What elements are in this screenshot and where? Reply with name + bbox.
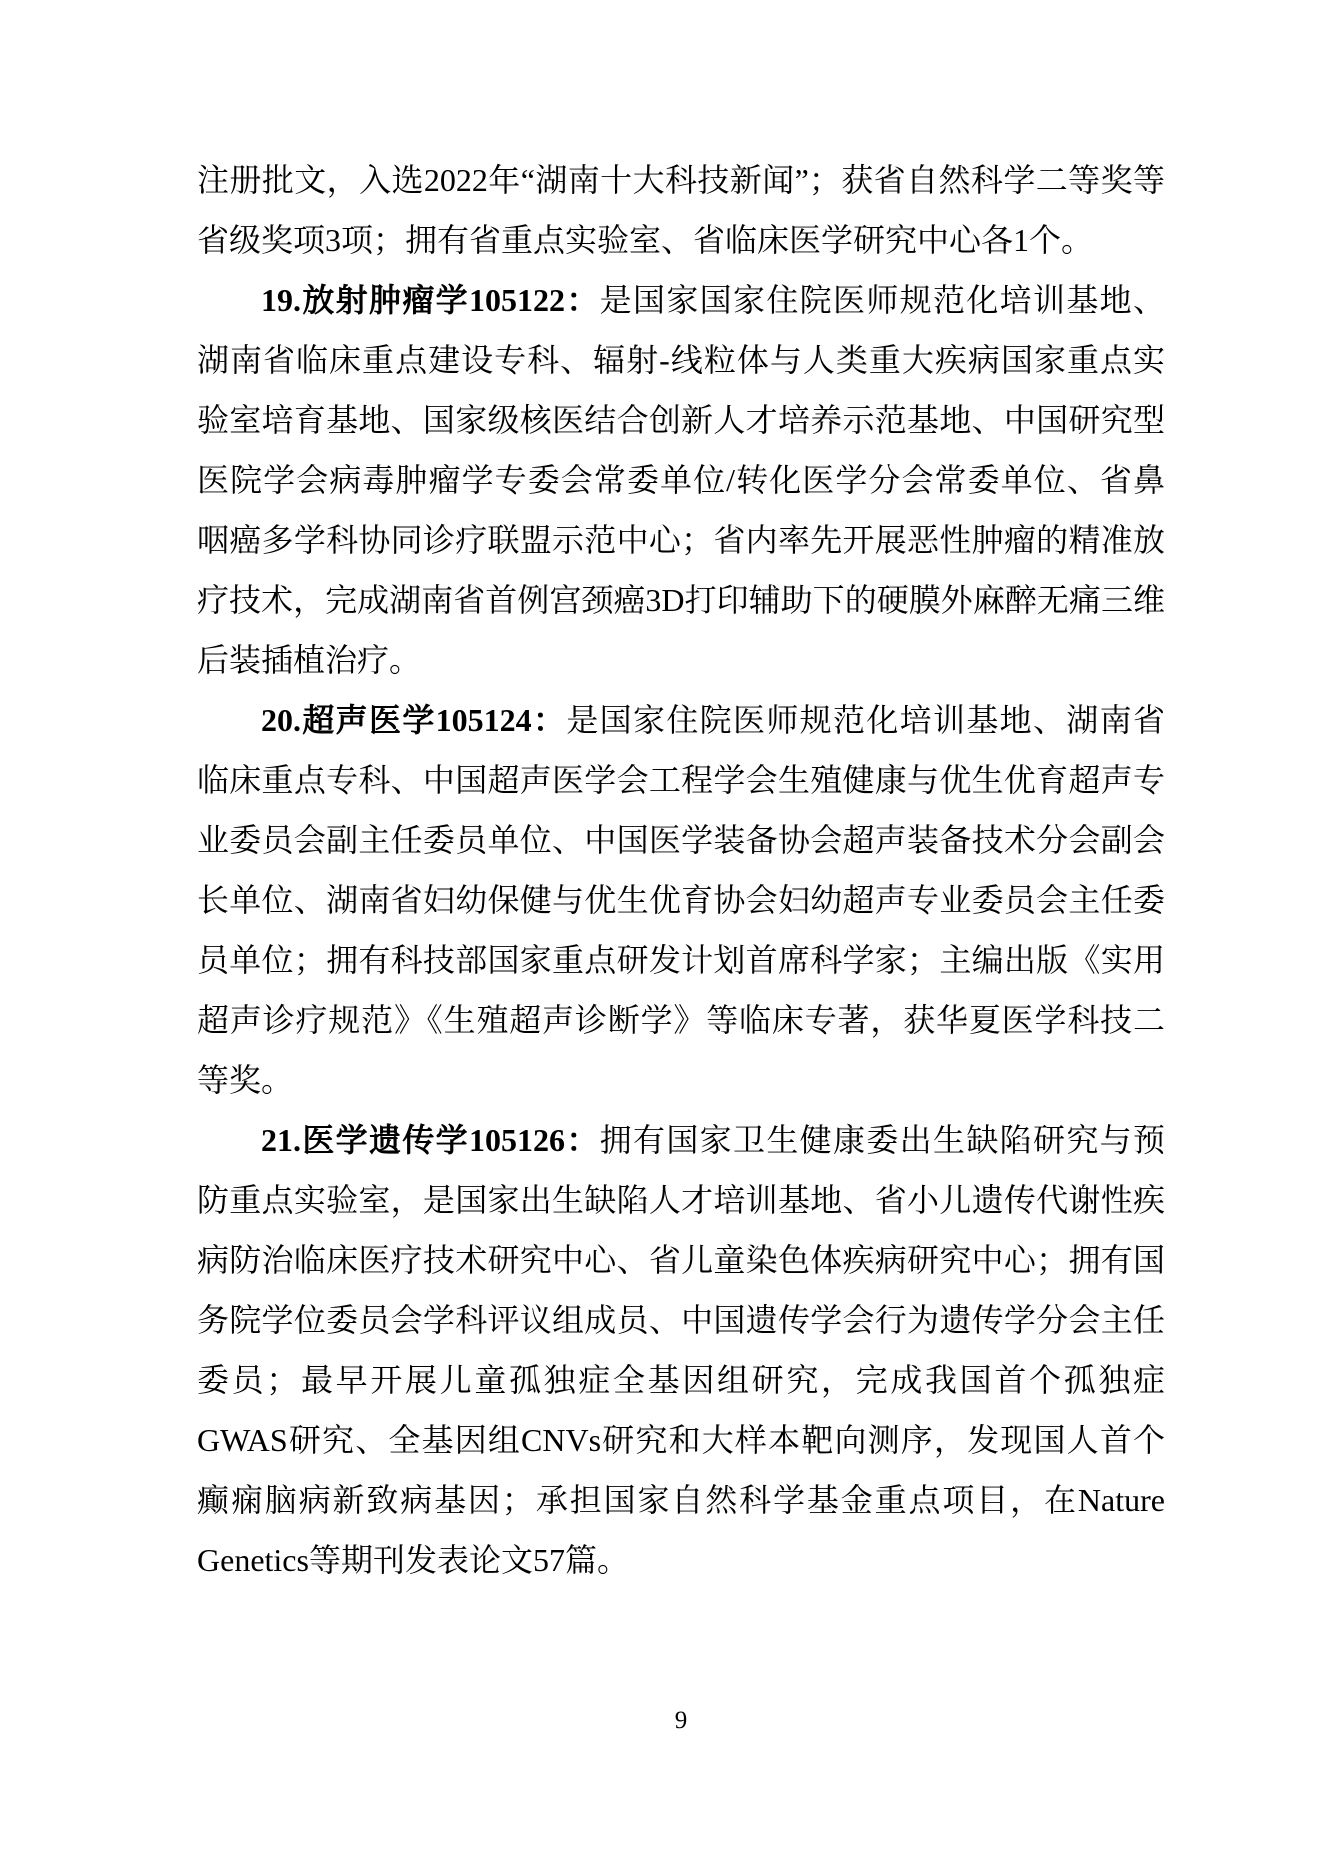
- document-page: 注册批文，入选2022年“湖南十大科技新闻”；获省自然科学二等奖等省级奖项3项；…: [0, 0, 1323, 1871]
- paragraph-continuation: 注册批文，入选2022年“湖南十大科技新闻”；获省自然科学二等奖等省级奖项3项；…: [197, 150, 1165, 270]
- section-heading-20: 20.超声医学105124：: [261, 702, 566, 738]
- paragraph-text: 拥有国家卫生健康委出生缺陷研究与预防重点实验室，是国家出生缺陷人才培训基地、省小…: [197, 1122, 1165, 1578]
- section-heading-21: 21.医学遗传学105126：: [261, 1122, 600, 1158]
- page-content: 注册批文，入选2022年“湖南十大科技新闻”；获省自然科学二等奖等省级奖项3项；…: [197, 150, 1165, 1590]
- paragraph-text: 是国家住院医师规范化培训基地、湖南省临床重点专科、中国超声医学会工程学会生殖健康…: [197, 702, 1165, 1098]
- page-number: 9: [675, 1707, 688, 1734]
- section-heading-19: 19.放射肿瘤学105122：: [261, 282, 600, 318]
- paragraph-text: 是国家国家住院医师规范化培训基地、湖南省临床重点建设专科、辐射-线粒体与人类重大…: [197, 282, 1165, 678]
- paragraph-text: 注册批文，入选2022年“湖南十大科技新闻”；获省自然科学二等奖等省级奖项3项；…: [197, 162, 1165, 258]
- page-footer: 9: [197, 1703, 1165, 1739]
- paragraph-section-20: 20.超声医学105124：是国家住院医师规范化培训基地、湖南省临床重点专科、中…: [197, 690, 1165, 1110]
- paragraph-section-19: 19.放射肿瘤学105122：是国家国家住院医师规范化培训基地、湖南省临床重点建…: [197, 270, 1165, 690]
- paragraph-section-21: 21.医学遗传学105126：拥有国家卫生健康委出生缺陷研究与预防重点实验室，是…: [197, 1110, 1165, 1590]
